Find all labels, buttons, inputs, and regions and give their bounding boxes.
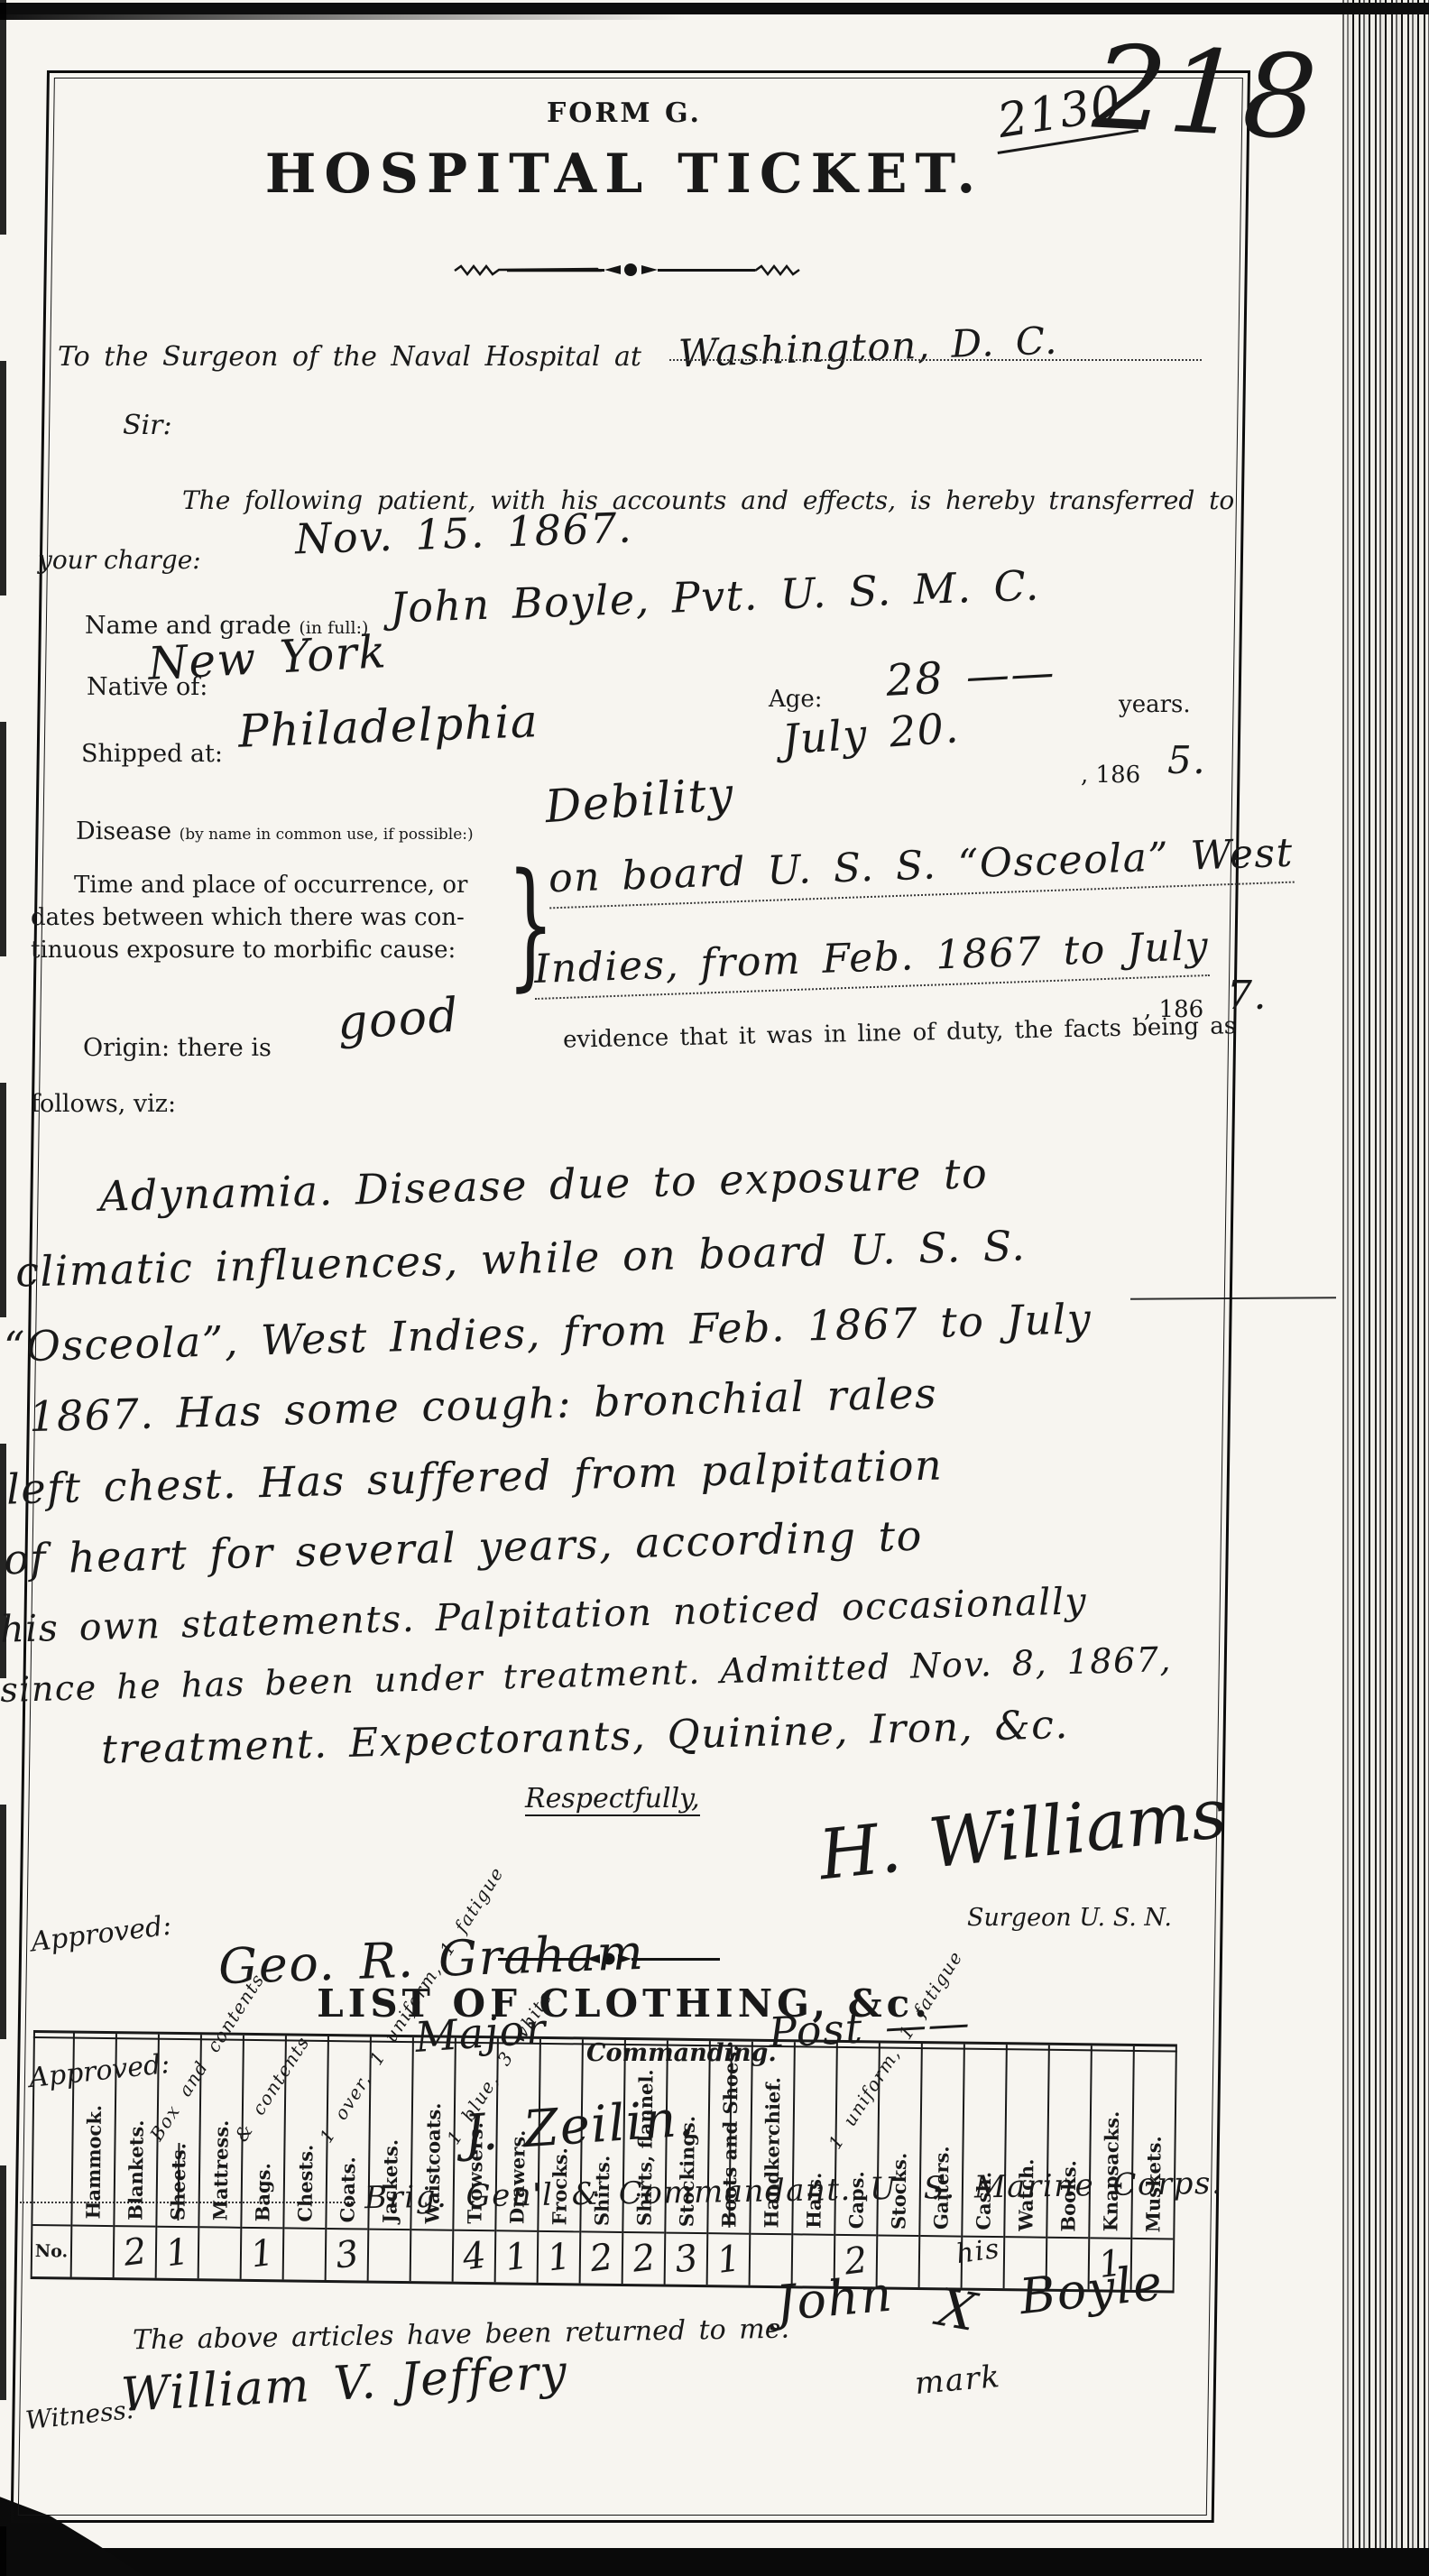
time-place-line2: dates between which there was con- [31, 904, 465, 931]
clothing-column-label: Cash. [973, 2172, 993, 2230]
clothing-column-header: Cash. [963, 2045, 1006, 2237]
clothing-value: 1 [163, 2231, 191, 2276]
clothing-column-header: Watch. [1005, 2045, 1048, 2237]
clothing-column-label: Knapsacks. [1101, 2111, 1121, 2232]
native-of-value-handwritten: New York [147, 625, 389, 690]
clothing-column: Caps.1 uniform, 1 fatigue2 [835, 2043, 880, 2287]
clothing-value: 1 [502, 2235, 530, 2279]
clothing-column: Watch. [1005, 2045, 1050, 2289]
clothing-value-cell: 1 [708, 2232, 750, 2285]
clothing-column-label: Boots and Shoes. [719, 2045, 740, 2228]
clothing-column-header: Boots and Shoes. [708, 2041, 751, 2233]
salutation-rule [669, 359, 1202, 361]
age-value-handwritten: 28 —— [885, 647, 1057, 706]
clothing-column-label: Coats. [337, 2156, 357, 2222]
clothing-value: 1 [714, 2238, 742, 2282]
signer-mark-word: mark [913, 2359, 1001, 2402]
disease-label: Disease (by name in common use, if possi… [76, 817, 474, 845]
clothing-column-header: Frocks. [539, 2039, 582, 2231]
salutation-place-handwritten: Washington, D. C. [678, 319, 1058, 376]
clothing-column: Sheets.Box and contents1 [157, 2035, 202, 2279]
respectfully-label: Respectfully, [525, 1783, 700, 1816]
clothing-row-label-column: No. [31, 2033, 75, 2277]
name-value-handwritten: John Boyle, Pvt. U. S. M. C. [389, 560, 1040, 632]
clothing-value: 1 [545, 2236, 573, 2280]
time-place-value1-handwritten: on board U. S. S. “Osceola” West [548, 830, 1295, 909]
page-edge-fade [1321, 0, 1429, 2576]
scan-edge-bottom [0, 2548, 1429, 2576]
scan-edge-top-shadow [0, 14, 686, 20]
clothing-column: Hammock. [72, 2034, 117, 2278]
clothing-value-cell: 2 [581, 2230, 622, 2284]
clothing-column-label: Gaiters. [931, 2146, 951, 2230]
disease-label-paren: (by name in common use, if possible:) [180, 826, 474, 844]
statement-line-7: his own statements. Palpitation noticed … [0, 1579, 1088, 1651]
clothing-value-cell [369, 2229, 410, 2282]
clothing-column: Hats. [793, 2042, 838, 2286]
clothing-column-header: Knapsacks. [1090, 2045, 1133, 2238]
shipped-year-printed: , 186 [1081, 762, 1140, 789]
clothing-column-header: Shirts. [581, 2039, 624, 2231]
signer-first-name: John [774, 2265, 896, 2331]
clothing-column-label: Caps. [846, 2171, 866, 2229]
origin-value-handwritten: good [336, 988, 461, 1050]
ticket-content: FORM G. 2130 218 HOSPITAL TICKET. To the… [47, 70, 1245, 2517]
origin-follows: follows, viz: [31, 1090, 176, 1118]
clothing-column-header: Shirts, flannel. [623, 2040, 667, 2232]
clothing-value-cell: 1 [157, 2226, 198, 2279]
clothing-value-cell: 1 [539, 2230, 580, 2284]
clothing-value-cell [72, 2225, 114, 2278]
clothing-column-label: Jackets. [380, 2139, 400, 2223]
years-label: years. [1119, 691, 1191, 718]
page-number-handwritten: 218 [1091, 31, 1321, 158]
clothing-empty-header [32, 2033, 73, 2224]
clothing-value-cell [411, 2229, 453, 2282]
clothing-column-label: Shirts, flannel. [634, 2069, 655, 2226]
statement-line-8: since he has been under treatment. Admit… [0, 1639, 1172, 1710]
time-place-line1: Time and place of occurrence, or [74, 872, 467, 899]
shipped-year-digit-handwritten: 5. [1167, 738, 1206, 782]
clothing-column-label: Hats. [804, 2172, 824, 2229]
clothing-value: 3 [333, 2233, 361, 2277]
clothing-row-label-cell: No. [32, 2224, 71, 2277]
clothing-column-label: Mattress. [210, 2120, 230, 2221]
signer-his-word: his [954, 2233, 1002, 2270]
clothing-column: Stockings.3 [666, 2041, 711, 2285]
clothing-column-label: Books. [1058, 2159, 1078, 2231]
disease-label-text: Disease [76, 817, 171, 845]
clothing-column-header: Gaiters. [920, 2044, 963, 2236]
clothing-column-label: Stocks. [889, 2152, 908, 2230]
statement-line-1: Adynamia. Disease due to exposure to [98, 1149, 988, 1221]
clothing-column: Blankets.2 [115, 2034, 160, 2278]
ornament-divider-icon [453, 258, 809, 282]
clothing-value: 3 [672, 2237, 700, 2281]
shipped-place-handwritten: Philadelphia [237, 695, 539, 758]
clothing-column-header: Muskets. [1132, 2046, 1175, 2239]
page-title: HOSPITAL TICKET. [47, 143, 1202, 206]
clothing-column-label: Watch. [1016, 2158, 1036, 2231]
clothing-column-label: Handkerchief. [761, 2077, 782, 2229]
clothing-column: Bags.& contents1 [242, 2036, 287, 2280]
clothing-column-label: Trowsers. [465, 2122, 484, 2224]
hospital-ticket-scan: { "colors": { "ink": "#191919", "paper":… [0, 0, 1429, 2576]
origin-rest: evidence that it was in line of duty, th… [563, 1012, 1237, 1054]
clothing-column: Books. [1047, 2045, 1092, 2290]
clothing-value-cell: 4 [454, 2230, 495, 2283]
clothing-column: Boots and Shoes.1 [708, 2041, 753, 2285]
statement-line-2: climatic influences, while on board U. S… [14, 1221, 1026, 1296]
shipped-at-label: Shipped at: [81, 740, 223, 768]
clothing-value-cell: 2 [623, 2231, 665, 2285]
origin-label: Origin: there is [83, 1034, 272, 1062]
clothing-value-cell [199, 2226, 241, 2279]
scan-edge-top [0, 3, 1429, 14]
age-label: Age: [769, 686, 823, 713]
clothing-column-label: Hammock. [83, 2105, 104, 2220]
clothing-column-header: Stockings. [666, 2041, 709, 2233]
witness-signature: William V. Jeffery [120, 2345, 569, 2423]
clothing-value-cell: 3 [327, 2228, 368, 2281]
clothing-row-label: No. [35, 2241, 69, 2261]
statement-line-3: “Osceola”, West Indies, from Feb. 1867 t… [3, 1294, 1092, 1371]
surgeon-signature: H. Williams [816, 1773, 1231, 1896]
statement-line-6: of heart for several years, according to [3, 1511, 923, 1584]
clothing-column-label: Shirts. [592, 2155, 612, 2226]
clothing-column-label: Stockings. [677, 2115, 697, 2227]
clothing-column-header: Hammock. [72, 2034, 115, 2226]
clothing-column: Waistcoats. [411, 2037, 456, 2282]
time-place-line3: tinuous exposure to morbific cause: [31, 937, 456, 964]
statement-line-9: treatment. Expectorants, Quinine, Iron, … [101, 1702, 1070, 1773]
clothing-column-label: Bags. [253, 2163, 272, 2221]
clothing-column-label: Waistcoats. [422, 2102, 443, 2223]
clothing-value: 2 [630, 2237, 658, 2281]
scan-edge-left [0, 0, 6, 2576]
clothing-value: 4 [460, 2235, 488, 2279]
time-place-value2-handwritten: Indies, from Feb. 1867 to July [533, 923, 1210, 1000]
statement-line-5: left chest. Has suffered from palpitatio… [5, 1440, 943, 1513]
clothing-value-cell: 1 [496, 2230, 538, 2283]
clothing-column: Frocks.1 [539, 2039, 584, 2284]
clothing-value: 2 [587, 2236, 615, 2280]
sir-label: Sir: [123, 410, 172, 441]
clothing-table-columns: No.Hammock.Blankets.2Sheets.Box and cont… [31, 2033, 1177, 2290]
clothing-column: Handkerchief. [751, 2042, 796, 2286]
approved-label-1: Approved: [29, 1910, 173, 1959]
disease-value-handwritten: Debility [543, 768, 736, 834]
statement-line-4: 1867. Has some cough: bronchial rales [28, 1369, 937, 1441]
clothing-value-cell: 1 [242, 2227, 283, 2280]
ornament-divider2-icon [496, 1949, 722, 1969]
clothing-column-header: Handkerchief. [751, 2042, 794, 2234]
clothing-column-label: Sheets. [168, 2143, 188, 2221]
clothing-value: 1 [248, 2232, 276, 2276]
clothing-value-cell [284, 2227, 326, 2280]
clothing-column-label: Frocks. [549, 2147, 569, 2225]
clothing-column: Shirts, flannel.2 [623, 2040, 668, 2285]
clothing-column: Coats.1 over, 1 uniform, 1 fatigue3 [327, 2036, 372, 2281]
clothing-column-label: Blankets. [125, 2119, 145, 2221]
clothing-column-label: Drawers. [507, 2130, 527, 2225]
clothing-column: Shirts.2 [581, 2039, 626, 2284]
clothing-column: Knapsacks.1 [1090, 2045, 1135, 2290]
clothing-column-header: Books. [1047, 2045, 1091, 2238]
clothing-column-label: Chests. [295, 2145, 315, 2222]
salutation-printed: To the Surgeon of the Naval Hospital at [58, 341, 641, 373]
clothing-column-label: Muskets. [1143, 2136, 1163, 2232]
transfer-line2: your charge: [38, 545, 201, 575]
surgeon-title: Surgeon U. S. N. [967, 1904, 1172, 1932]
clothing-value-cell: 3 [666, 2232, 707, 2285]
clothing-table: No.Hammock.Blankets.2Sheets.Box and cont… [31, 2030, 1177, 2293]
clothing-value: 2 [121, 2230, 149, 2275]
transfer-line1: The following patient, with his accounts… [182, 485, 1234, 515]
clothing-column: Trowsers.1 blue, 3 white4 [454, 2038, 499, 2283]
clothing-value-cell: 2 [115, 2225, 156, 2278]
